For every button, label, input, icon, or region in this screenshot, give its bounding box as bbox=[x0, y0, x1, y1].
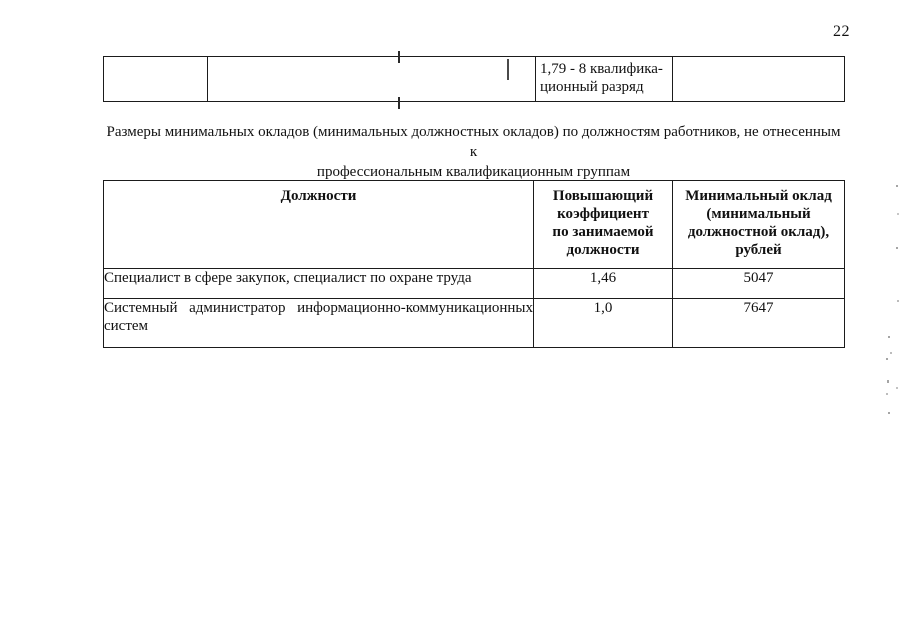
table-header-row: Должности Повышающий коэффициент по зани… bbox=[104, 181, 845, 269]
scan-artifact-tick bbox=[398, 97, 400, 109]
scan-speck bbox=[897, 213, 899, 215]
scan-artifact-tick bbox=[507, 59, 509, 80]
grade-value-line: 1,79 - 8 квалифика- bbox=[540, 60, 670, 78]
header-salary: Минимальный оклад (минимальный должностн… bbox=[673, 181, 845, 269]
position-text: Специалист в сфере закупок, специалист п… bbox=[104, 269, 533, 287]
header-line: рублей bbox=[673, 241, 844, 259]
table-row: Специалист в сфере закупок, специалист п… bbox=[104, 269, 845, 299]
cell-position: Специалист в сфере закупок, специалист п… bbox=[104, 269, 534, 299]
document-page: 22 1,79 - 8 квалифика- ционный разряд Ра… bbox=[0, 0, 905, 640]
continuation-cell-empty-3 bbox=[673, 57, 845, 102]
position-text-line: Системный администратор информационно-ко… bbox=[104, 299, 533, 317]
table-row: Системный администратор информационно-ко… bbox=[104, 299, 845, 348]
continuation-cell-empty-1 bbox=[104, 57, 208, 102]
scan-speck bbox=[896, 185, 898, 187]
cell-position: Системный администратор информационно-ко… bbox=[104, 299, 534, 348]
header-line: должности bbox=[534, 241, 672, 259]
header-line: Повышающий bbox=[534, 187, 672, 205]
scan-speck bbox=[896, 247, 898, 249]
scan-speck bbox=[897, 300, 899, 302]
scan-speck bbox=[896, 387, 898, 389]
page-number: 22 bbox=[833, 23, 850, 41]
salary-table: Должности Повышающий коэффициент по зани… bbox=[103, 180, 845, 348]
header-positions: Должности bbox=[104, 181, 534, 269]
cell-salary: 7647 bbox=[673, 299, 845, 348]
scan-speck bbox=[890, 352, 892, 354]
table-row: 1,79 - 8 квалифика- ционный разряд bbox=[104, 57, 845, 102]
scan-speck bbox=[886, 393, 888, 395]
header-line: (минимальный bbox=[673, 205, 844, 223]
section-heading: Размеры минимальных окладов (минимальных… bbox=[103, 122, 844, 182]
cell-coefficient: 1,46 bbox=[534, 269, 673, 299]
scan-speck bbox=[887, 380, 889, 383]
cell-coefficient: 1,0 bbox=[534, 299, 673, 348]
scan-artifact-tick bbox=[398, 51, 400, 63]
header-line: коэффициент bbox=[534, 205, 672, 223]
section-heading-line: профессиональным квалификационным группа… bbox=[103, 162, 844, 182]
header-line: должностной оклад), bbox=[673, 223, 844, 241]
scan-speck bbox=[888, 336, 890, 338]
cell-salary: 5047 bbox=[673, 269, 845, 299]
position-text-line: систем bbox=[104, 317, 533, 335]
header-line: по занимаемой bbox=[534, 223, 672, 241]
header-positions-label: Должности bbox=[104, 187, 533, 205]
header-line: Минимальный оклад bbox=[673, 187, 844, 205]
continuation-cell-empty-2 bbox=[208, 57, 536, 102]
section-heading-line: Размеры минимальных окладов (минимальных… bbox=[103, 122, 844, 162]
grade-value-line: ционный разряд bbox=[540, 78, 670, 96]
scan-speck bbox=[888, 412, 890, 414]
scan-speck bbox=[886, 358, 888, 360]
continuation-cell-grade: 1,79 - 8 квалифика- ционный разряд bbox=[536, 57, 673, 102]
header-coefficient: Повышающий коэффициент по занимаемой дол… bbox=[534, 181, 673, 269]
continuation-table: 1,79 - 8 квалифика- ционный разряд bbox=[103, 56, 845, 102]
